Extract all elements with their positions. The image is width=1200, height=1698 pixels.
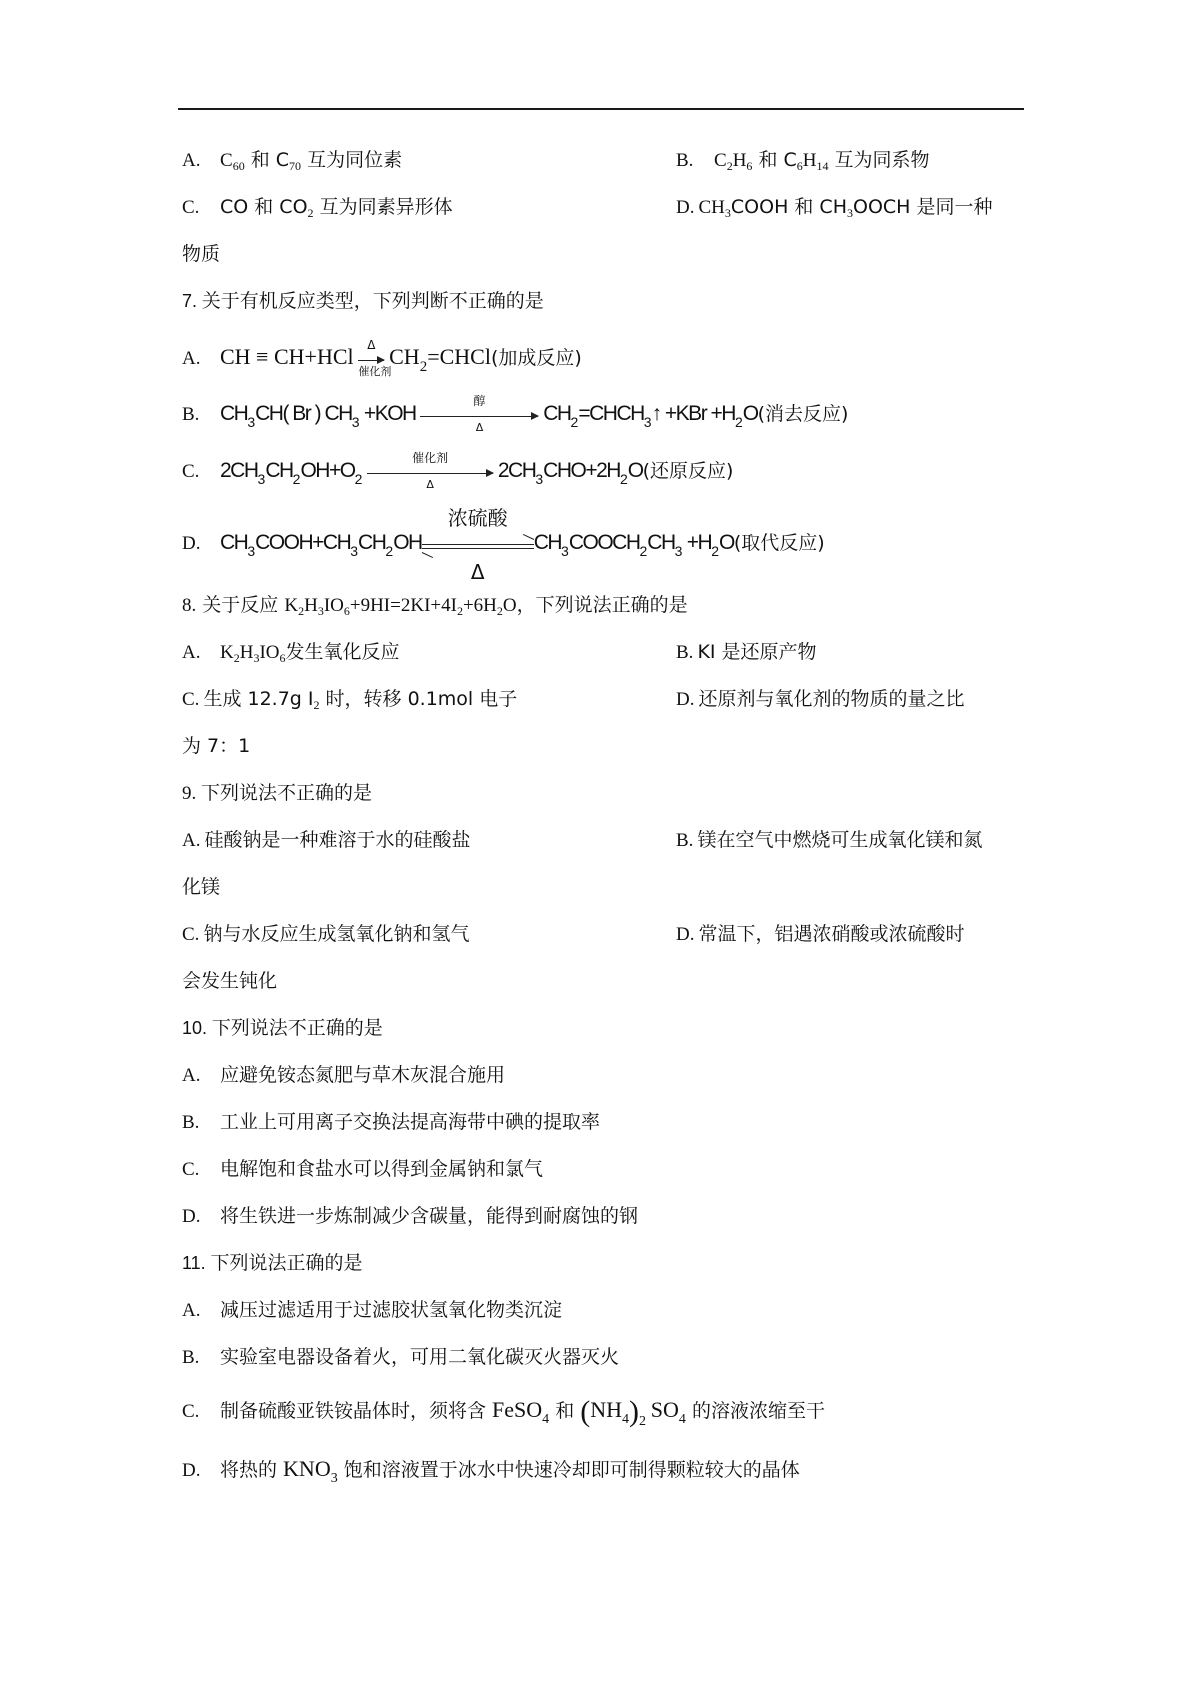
q6-option-d: D.CH3COOH 和 CH3OOCH 是同一种 — [676, 195, 993, 220]
question-stem: 下列说法不正确的是 — [201, 782, 372, 804]
subscript: 60 — [233, 159, 245, 173]
option-label: C. — [182, 460, 220, 484]
option-label: B. — [676, 641, 693, 665]
option-label: C. — [182, 1400, 220, 1424]
subscript: 70 — [289, 159, 301, 173]
text: 和 — [549, 1400, 580, 1422]
text: 镁在空气中燃烧可生成氧化镁和氮 — [697, 829, 982, 851]
q11-option-a: A.减压过滤适用于过滤胶状氢氧化物类沉淀 — [182, 1298, 562, 1323]
product: =CHCl — [427, 344, 491, 369]
question-number: 7. — [182, 291, 197, 311]
reactants: CH ≡ CH+HCl — [220, 344, 354, 369]
text: H — [803, 150, 817, 171]
q10-option-c: C.电解饱和食盐水可以得到金属钠和氯气 — [182, 1157, 543, 1182]
product: CH — [389, 344, 420, 369]
text: 的溶液浓缩至干 — [686, 1400, 825, 1422]
text: COOH 和 CH — [731, 196, 847, 218]
question-number: 8. — [182, 595, 196, 616]
option-label: D. — [676, 923, 694, 947]
q6-option-b: B.C2H6 和 C6H14 互为同系物 — [676, 148, 930, 173]
q11-option-d: D.将热的 KNO3 饱和溶液置于冰水中快速冷却即可制得颗粒较大的晶体 — [182, 1457, 800, 1483]
text: C — [220, 150, 233, 171]
option-label: A. — [182, 1299, 220, 1323]
q10-stem: 10. 下列说法不正确的是 — [182, 1016, 383, 1041]
q7-option-a: A.CH ≡ CH+HCl Δ 催化剂 CH2=CHCl(加成反应) — [182, 345, 582, 371]
q10-option-b: B.工业上可用离子交换法提高海带中碘的提取率 — [182, 1110, 600, 1135]
q8-option-d: D.还原剂与氧化剂的物质的量之比 — [676, 687, 965, 712]
products: CH3COOCH2CH3 +H2O — [534, 531, 734, 554]
question-stem: 下列说法正确的是 — [210, 1252, 362, 1274]
q8-option-a: A.K2H3IO6发生氧化反应 — [182, 640, 400, 665]
text: CO 和 CO — [220, 196, 308, 218]
text: 应避免铵态氮肥与草木灰混合施用 — [220, 1064, 505, 1086]
text: 钠与水反应生成氢氧化钠和氢气 — [203, 923, 469, 945]
option-label: D. — [676, 196, 694, 220]
question-number: 11. — [182, 1253, 206, 1273]
option-label: C. — [182, 196, 220, 220]
question-number: 10. — [182, 1018, 207, 1038]
text: 和 C — [752, 149, 796, 171]
option-label: C. — [182, 1158, 220, 1182]
formula: K2H3IO6 — [220, 642, 286, 663]
reactants: 2CH3CH2OH+O2 — [220, 459, 362, 482]
arrow-condition-bottom: Δ — [367, 478, 493, 492]
equation: K2H3IO6+9HI=2KI+4I2+6H2O — [284, 595, 516, 616]
subscript: 14 — [817, 159, 829, 173]
arrow-condition-bottom: Δ — [422, 565, 534, 579]
option-label: D. — [182, 1459, 220, 1483]
subscript: 4 — [679, 1412, 686, 1427]
products: CH2=CHCH3↑ +KBr +H2O — [543, 402, 757, 425]
option-label: D. — [182, 1205, 220, 1229]
option-label: B. — [182, 403, 220, 427]
option-label: A. — [182, 347, 220, 371]
q6-option-a: A.C60 和 C70 互为同位素 — [182, 148, 402, 173]
option-label: B. — [676, 149, 714, 173]
text: 互为同系物 — [829, 149, 930, 171]
formula: NH — [590, 1397, 622, 1422]
q7-option-c: C.2CH3CH2OH+O2 催化剂 Δ 2CH3CHO+2H2O(还原反应) — [182, 459, 733, 484]
text: 互为同素异形体 — [314, 196, 453, 218]
text: 生成 12.7g I — [203, 688, 313, 710]
text: 将生铁进一步炼制减少含碳量，能得到耐腐蚀的钢 — [220, 1205, 638, 1227]
text: 硅酸钠是一种难溶于水的硅酸盐 — [204, 829, 470, 851]
equilibrium-arrow: 浓硫酸 Δ — [422, 541, 534, 549]
q9-option-a: A.硅酸钠是一种难溶于水的硅酸盐 — [182, 828, 471, 853]
q11-option-c: C.制备硫酸亚铁铵晶体时，须将含 FeSO4 和 (NH4)2 SO4 的溶液浓… — [182, 1398, 825, 1424]
question-stem: 下列说法不正确的是 — [212, 1017, 383, 1039]
formula: KNO — [283, 1456, 331, 1481]
q10-option-d: D.将生铁进一步炼制减少含碳量，能得到耐腐蚀的钢 — [182, 1204, 638, 1229]
option-label: A. — [182, 149, 220, 173]
text: 减压过滤适用于过滤胶状氢氧化物类沉淀 — [220, 1299, 562, 1321]
arrow-condition-top: 醇 — [420, 394, 538, 408]
q9-option-b: B.镁在空气中燃烧可生成氧化镁和氮 — [676, 828, 982, 853]
text: 饱和溶液置于冰水中快速冷却即可制得颗粒较大的晶体 — [338, 1459, 800, 1481]
text: 实验室电器设备着火，可用二氧化碳灭火器灭火 — [220, 1346, 619, 1368]
reaction-arrow: Δ 催化剂 — [358, 358, 384, 361]
reaction-type: (消去反应) — [758, 403, 849, 425]
option-label: A. — [182, 1064, 220, 1088]
subscript: 4 — [622, 1412, 629, 1427]
text: OOCH 是同一种 — [853, 196, 993, 218]
q7-option-b: B.CH3CH( Br ) CH3 +KOH 醇 Δ CH2=CHCH3↑ +K… — [182, 402, 848, 427]
q8-option-c: C.生成 12.7g I2 时，转移 0.1mol 电子 — [182, 687, 517, 712]
q8-stem: 8. 关于反应 K2H3IO6+9HI=2KI+4I2+6H2O，下列说法正确的… — [182, 593, 688, 618]
q11-stem: 11. 下列说法正确的是 — [182, 1251, 362, 1276]
reactants: CH3CH( Br ) CH3 +KOH — [220, 402, 416, 425]
text: 和 C — [245, 149, 289, 171]
q9-option-b-continuation: 化镁 — [182, 875, 220, 899]
text: 还原剂与氧化剂的物质的量之比 — [698, 688, 964, 710]
text: 制备硫酸亚铁铵晶体时，须将含 — [220, 1400, 492, 1422]
text: 互为同位素 — [301, 149, 402, 171]
text: 将热的 — [220, 1459, 283, 1481]
reaction-arrow: 醇 Δ — [420, 414, 538, 417]
option-label: A. — [182, 641, 220, 665]
q7-option-d: D.CH3COOH+CH3CH2OH 浓硫酸 Δ CH3COOCH2CH3 +H… — [182, 531, 825, 556]
option-label: D. — [182, 532, 220, 556]
reaction-type: (还原反应) — [643, 460, 734, 482]
text: C — [714, 150, 727, 171]
question-stem: ，下列说法正确的是 — [517, 594, 688, 616]
reactants: CH3COOH+CH3CH2OH — [220, 531, 422, 554]
question-number: 9. — [182, 783, 196, 804]
text: KI 是还原产物 — [697, 641, 816, 663]
reaction-type: (加成反应) — [491, 347, 582, 369]
q8-option-b: B.KI 是还原产物 — [676, 640, 817, 665]
option-label: C. — [182, 688, 199, 712]
text: 发生氧化反应 — [286, 641, 400, 663]
text: H — [733, 150, 747, 171]
option-label: B. — [182, 1346, 220, 1370]
option-label: A. — [182, 829, 200, 853]
q9-option-d: D.常温下，铝遇浓硝酸或浓硫酸时 — [676, 922, 965, 947]
q9-option-d-continuation: 会发生钝化 — [182, 969, 277, 993]
q9-option-c: C.钠与水反应生成氢氧化钠和氢气 — [182, 922, 469, 947]
header-rule — [178, 108, 1024, 110]
question-stem: 关于有机反应类型，下列判断不正确的是 — [202, 290, 544, 312]
arrow-condition-bottom: Δ — [420, 421, 538, 435]
arrow-condition-top: Δ — [358, 338, 384, 352]
text: 电解饱和食盐水可以得到金属钠和氯气 — [220, 1158, 543, 1180]
text: CH — [698, 197, 724, 218]
arrow-condition-top: 催化剂 — [367, 451, 493, 465]
text: 工业上可用离子交换法提高海带中碘的提取率 — [220, 1111, 600, 1133]
products: 2CH3CHO+2H2O — [498, 459, 643, 482]
q6-option-c: C.CO 和 CO2 互为同素异形体 — [182, 195, 453, 220]
option-label: D. — [676, 688, 694, 712]
option-label: C. — [182, 923, 199, 947]
q9-stem: 9. 下列说法不正确的是 — [182, 781, 372, 806]
reaction-type: (取代反应) — [734, 532, 825, 554]
formula: SO — [651, 1397, 679, 1422]
option-label: B. — [182, 1111, 220, 1135]
q6-option-d-continuation: 物质 — [182, 242, 220, 266]
formula: FeSO — [492, 1397, 542, 1422]
q10-option-a: A.应避免铵态氮肥与草木灰混合施用 — [182, 1063, 505, 1088]
option-label: B. — [676, 829, 693, 853]
subscript: 2 — [639, 1414, 646, 1429]
q8-option-d-continuation: 为 7：1 — [182, 734, 250, 758]
arrow-condition-top: 浓硫酸 — [422, 511, 534, 525]
text: 常温下，铝遇浓硝酸或浓硫酸时 — [698, 923, 964, 945]
arrow-condition-bottom: 催化剂 — [358, 365, 384, 379]
q7-stem: 7. 关于有机反应类型，下列判断不正确的是 — [182, 289, 544, 314]
reaction-arrow: 催化剂 Δ — [367, 471, 493, 474]
text: 时，转移 0.1mol 电子 — [320, 688, 518, 710]
subscript: 3 — [331, 1471, 338, 1486]
q11-option-b: B.实验室电器设备着火，可用二氧化碳灭火器灭火 — [182, 1345, 619, 1370]
